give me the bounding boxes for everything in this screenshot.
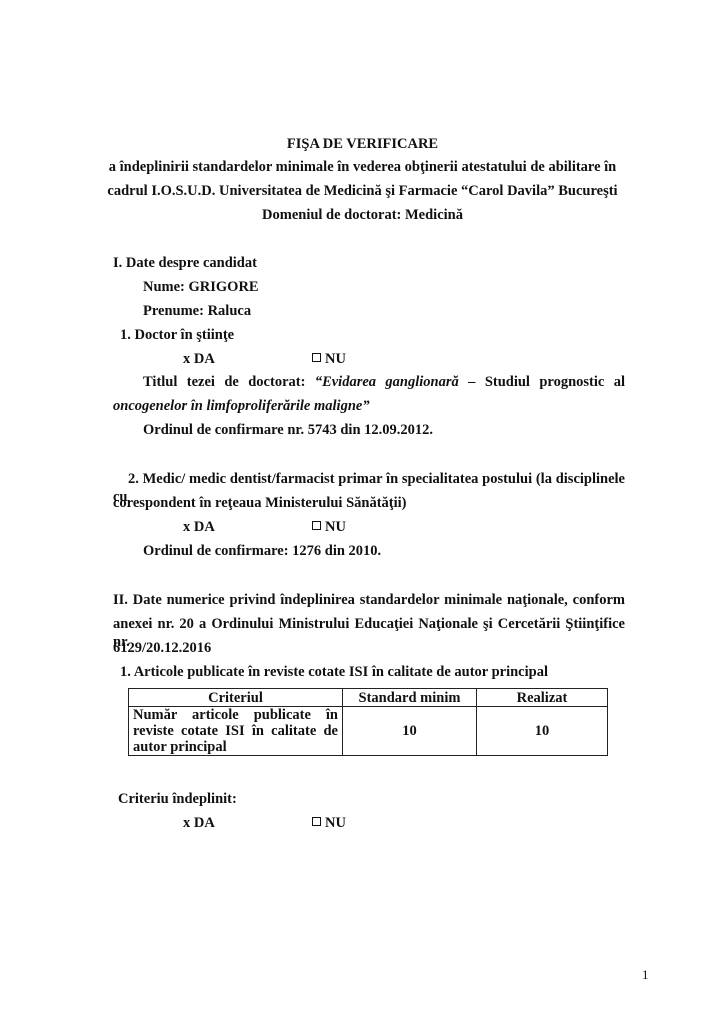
item-1-no-option: NU (312, 350, 346, 368)
table-row: Număr articole publicate în reviste cota… (129, 707, 608, 756)
item-1-yes-option: x DA (183, 350, 215, 368)
criteria-table: Criteriul Standard minim Realizat Număr … (128, 688, 608, 756)
candidate-name: Nume: GRIGORE (143, 278, 259, 296)
thesis-title-line-1: Titlul tezei de doctorat: “Evidarea gang… (113, 373, 625, 391)
checkbox-icon (312, 817, 321, 826)
no-label: NU (325, 519, 346, 535)
no-label: NU (325, 815, 346, 831)
item-1-order: Ordinul de confirmare nr. 5743 din 12.09… (143, 421, 433, 439)
header-minimum-standard: Standard minim (343, 689, 477, 707)
achieved-cell: 10 (477, 707, 608, 756)
criterion-cell: Număr articole publicate în reviste cota… (129, 707, 343, 756)
header-criterion: Criteriul (129, 689, 343, 707)
section-2-heading-line-1: II. Date numerice privind îndeplinirea s… (113, 591, 625, 609)
candidate-first-name: Prenume: Raluca (143, 302, 251, 320)
thesis-title-rest: – Studiul prognostic al (468, 374, 625, 390)
document-title: FIŞA DE VERIFICARE (0, 135, 725, 153)
item-2-order: Ordinul de confirmare: 1276 din 2010. (143, 542, 381, 560)
criterion-met-label: Criteriu îndeplinit: (118, 790, 237, 808)
no-label: NU (325, 351, 346, 367)
section-2-item-1-heading: 1. Articole publicate în reviste cotate … (120, 663, 548, 681)
section-2-heading-line-3: 6129/20.12.2016 (113, 639, 211, 657)
thesis-title-line-2: oncogenelor în limfoproliferările malign… (113, 397, 370, 415)
criterion-yes-option: x DA (183, 814, 215, 832)
domain-line: Domeniul de doctorat: Medicină (0, 206, 725, 224)
item-2-no-option: NU (312, 518, 346, 536)
checkbox-icon (312, 353, 321, 362)
item-1-heading: 1. Doctor în ştiinţe (120, 326, 234, 344)
criterion-no-option: NU (312, 814, 346, 832)
subtitle-line-1: a îndeplinirii standardelor minimale în … (0, 158, 725, 176)
page-number: 1 (642, 967, 649, 983)
item-2-yes-option: x DA (183, 518, 215, 536)
item-2-heading-line-2: corespondent în reţeaua Ministerului Săn… (113, 494, 407, 512)
header-achieved: Realizat (477, 689, 608, 707)
minimum-standard-cell: 10 (343, 707, 477, 756)
table-header-row: Criteriul Standard minim Realizat (129, 689, 608, 707)
checkbox-icon (312, 521, 321, 530)
thesis-title-italic: “Evidarea ganglionară (315, 374, 459, 390)
section-1-heading: I. Date despre candidat (113, 254, 257, 272)
thesis-label: Titlul tezei de doctorat: (113, 374, 305, 390)
subtitle-line-2: cadrul I.O.S.U.D. Universitatea de Medic… (0, 182, 725, 200)
